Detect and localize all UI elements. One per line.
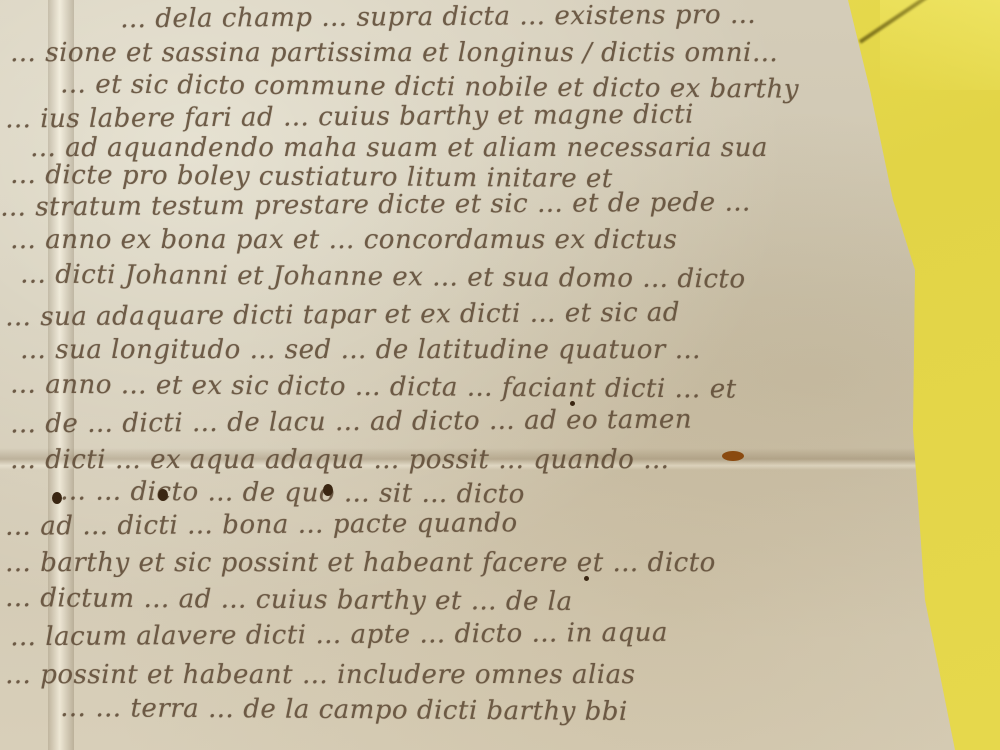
ink-hole-mark <box>158 489 168 501</box>
manuscript-line: … sione et sassina partissima et longinu… <box>10 38 778 68</box>
manuscript-line: … ad … dicti … bona … pacte quando <box>5 508 518 542</box>
manuscript-line: … ad aquandendo maha suam et aliam neces… <box>30 133 768 163</box>
manuscript-line: … dicti … ex aqua adaqua … possit … quan… <box>10 445 670 475</box>
ink-dot-mark <box>584 576 589 581</box>
manuscript-line: … stratum testum prestare dicte et sic …… <box>0 187 751 222</box>
manuscript-line: … lacum alavere dicti … apte … dicto … i… <box>10 618 668 653</box>
manuscript-line: … dicti Johanni et Johanne ex … et sua d… <box>20 259 746 294</box>
parchment-document: … dela champ … supra dicta … existens pr… <box>0 0 960 750</box>
manuscript-line: … anno ex bona pax et … concordamus ex d… <box>10 225 677 255</box>
manuscript-line: … dictum … ad … cuius barthy et … de la <box>5 583 573 617</box>
manuscript-line: … dela champ … supra dicta … existens pr… <box>120 0 757 34</box>
manuscript-line: … possint et habeant … includere omnes a… <box>5 660 635 690</box>
ink-hole-mark <box>323 484 333 496</box>
manuscript-line: … de … dicti … de lacu … ad dicto … ad e… <box>10 405 692 440</box>
ink-dot-mark <box>570 401 575 406</box>
manuscript-line: … sua adaquare dicti tapar et ex dicti …… <box>5 298 680 333</box>
manuscript-line: … … dicto … de quo … sit … dicto <box>60 476 525 509</box>
manuscript-line: … … terra … de la campo dicti barthy bbi <box>60 693 628 727</box>
ink-hole-mark <box>52 492 62 504</box>
photo-scene: … dela champ … supra dicta … existens pr… <box>0 0 1000 750</box>
manuscript-line: … sua longitudo … sed … de latitudine qu… <box>20 335 701 365</box>
manuscript-line: … barthy et sic possint et habeant facer… <box>5 548 716 578</box>
rust-spot-mark <box>722 451 744 461</box>
manuscript-line: … ius labere fari ad … cuius barthy et m… <box>5 100 694 135</box>
manuscript-line: … anno … et ex sic dicto … dicta … facia… <box>10 369 737 404</box>
